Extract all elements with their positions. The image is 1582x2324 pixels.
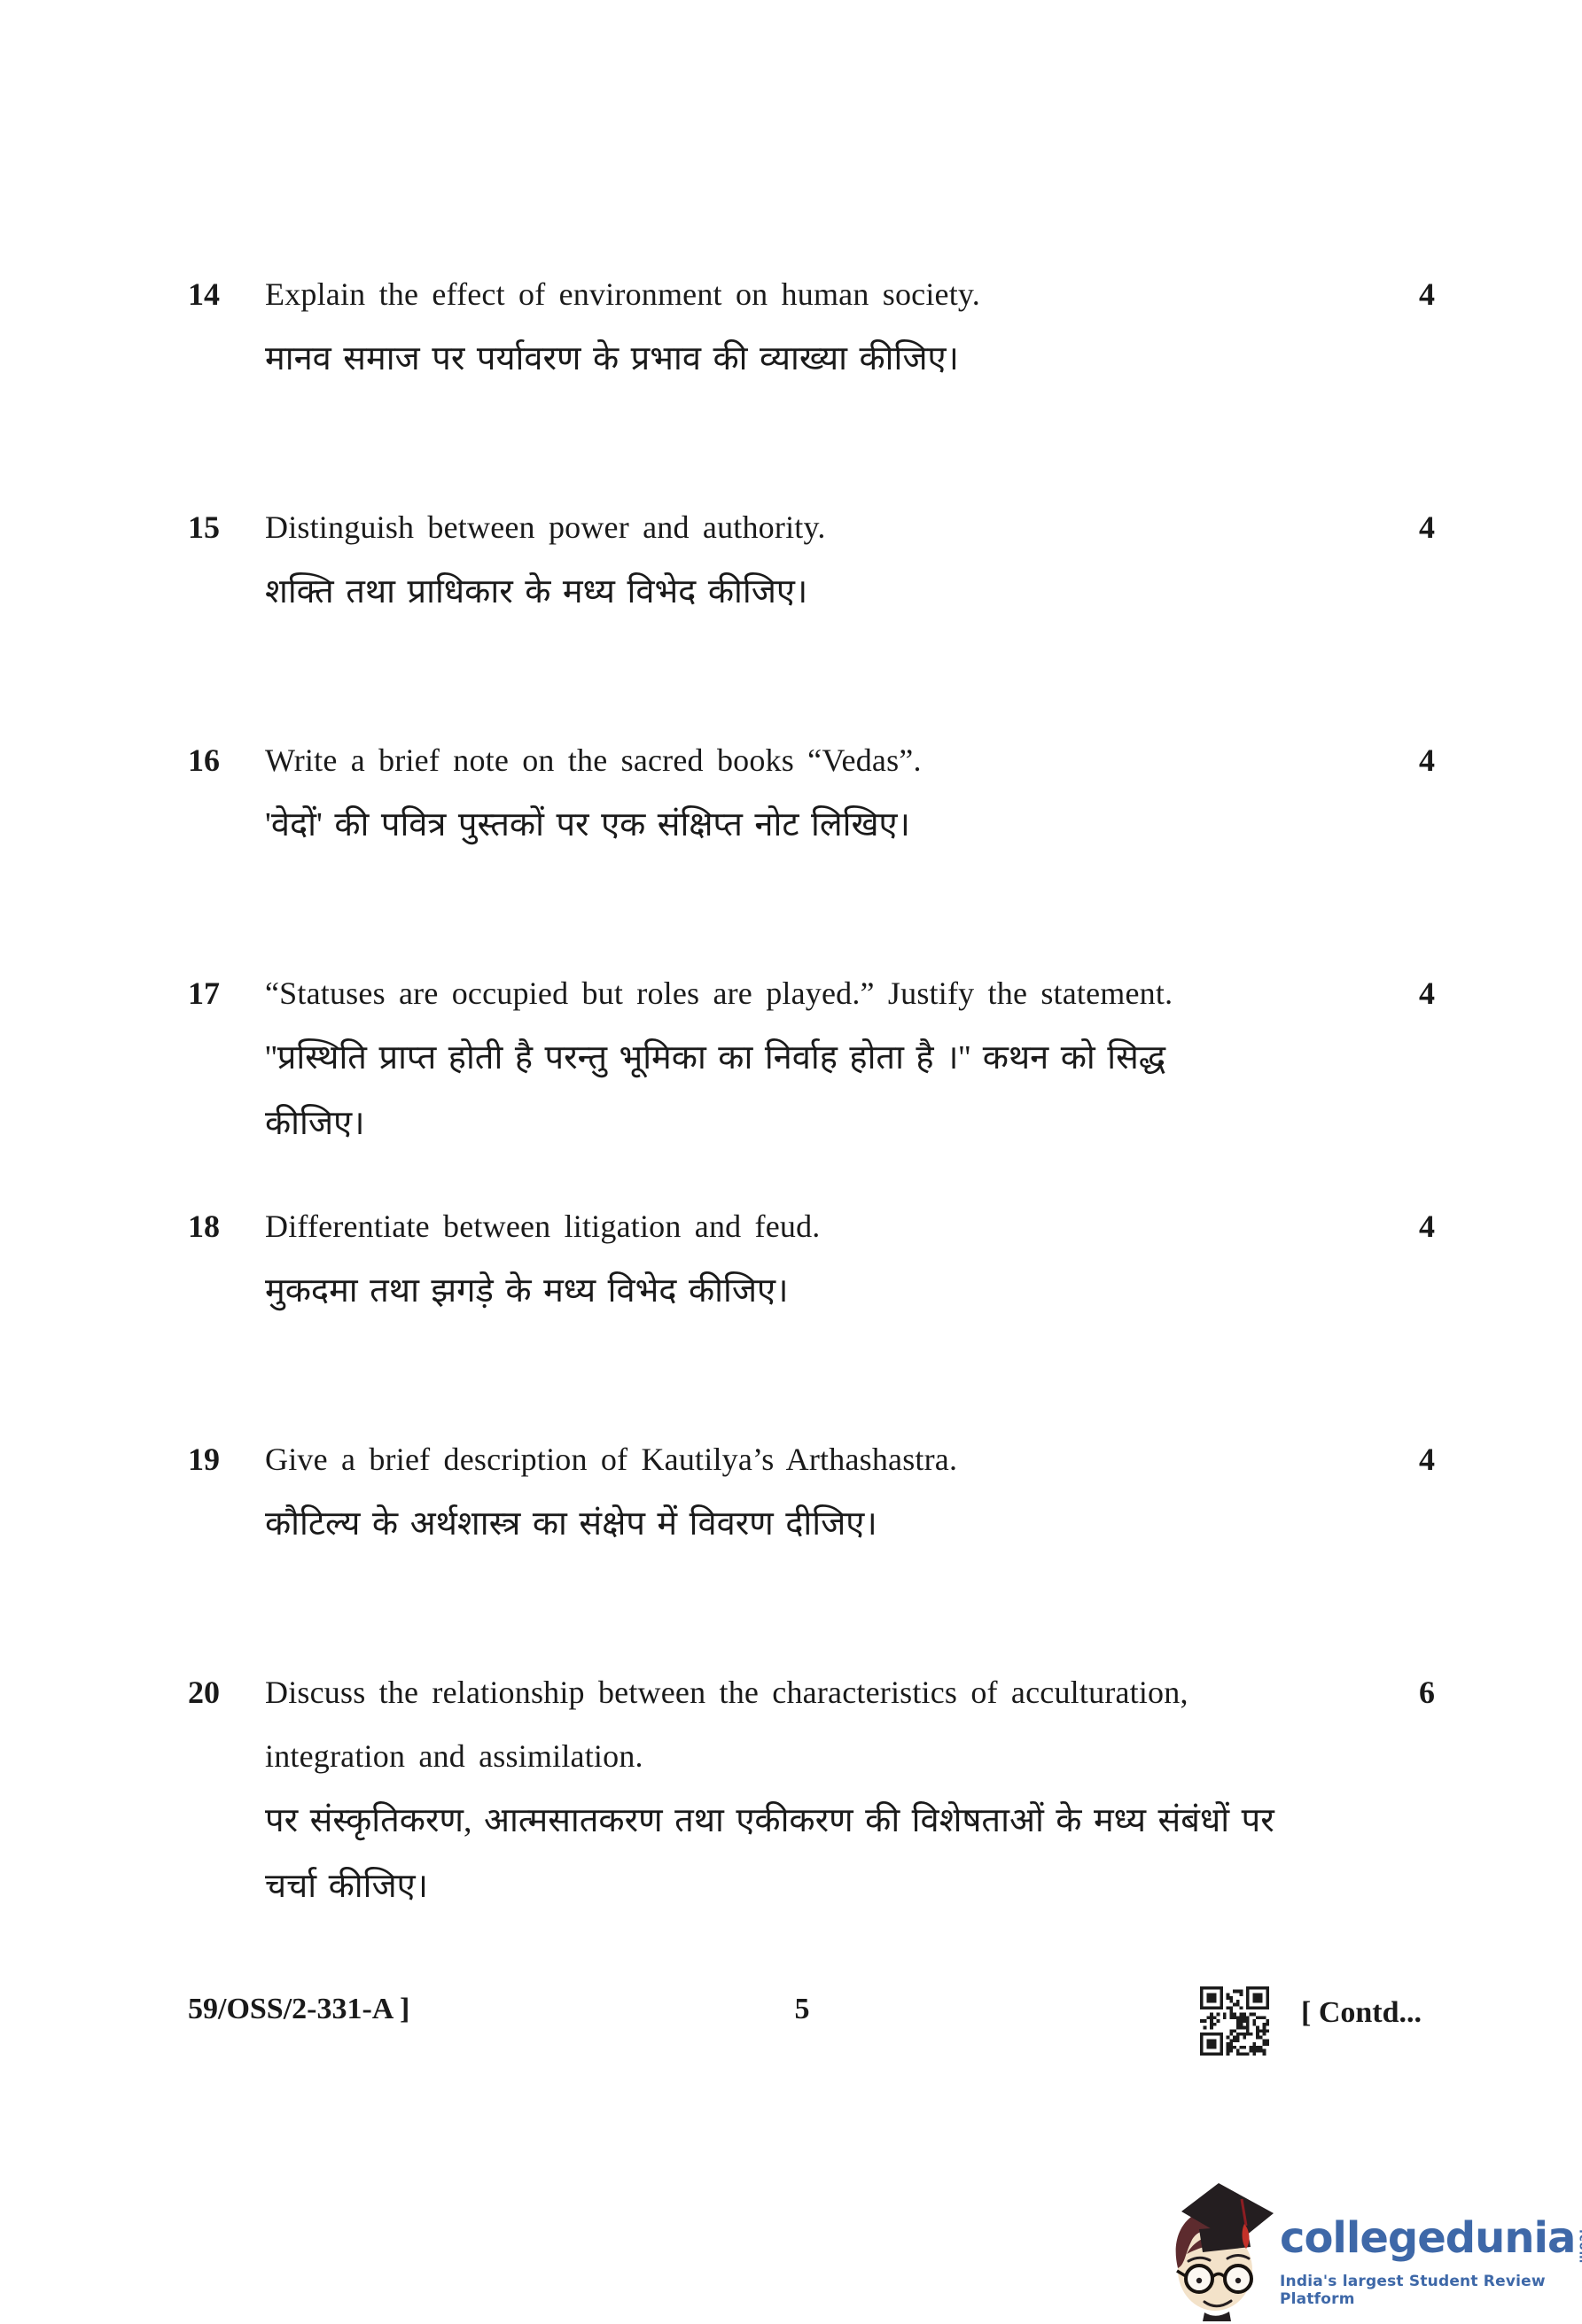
- collegedunia-logo: collegedunia .com India's largest Studen…: [1159, 2180, 1576, 2321]
- question-text-hindi: ''प्रस्थिति प्राप्त होती है परन्तु भूमिक…: [265, 1025, 1275, 1156]
- question-text-english: Discuss the relationship between the cha…: [265, 1660, 1275, 1788]
- question-marks: 4: [1399, 961, 1455, 1025]
- question-text-english: Explain the effect of environment on hum…: [265, 262, 1275, 326]
- brand-tagline: India's largest Student Review Platform: [1280, 2273, 1582, 2308]
- student-mascot-icon: [1159, 2180, 1276, 2321]
- question-text: Write a brief note on the sacred books “…: [265, 728, 1275, 858]
- question-text: Give a brief description of Kautilya’s A…: [265, 1427, 1275, 1557]
- question-text-hindi: पर संस्कृतिकरण, आत्मसातकरण तथा एकीकरण की…: [265, 1788, 1275, 1919]
- question-marks: 6: [1399, 1660, 1455, 1724]
- question-marks: 4: [1399, 262, 1455, 326]
- question-text-hindi: मुकदमा तथा झगड़े के मध्य विभेद कीजिए।: [265, 1258, 1275, 1324]
- question-text-english: Write a brief note on the sacred books “…: [265, 728, 1275, 792]
- question-text-hindi: शक्ति तथा प्राधिकार के मध्य विभेद कीजिए।: [265, 559, 1275, 625]
- brand-tld: .com: [1577, 2229, 1582, 2264]
- question-text: Distinguish between power and authority.…: [265, 495, 1275, 625]
- question-number: 19: [188, 1427, 220, 1491]
- question-text: Differentiate between litigation and feu…: [265, 1194, 1275, 1324]
- question-marks: 4: [1399, 1194, 1455, 1258]
- continued-label: [ Contd...: [1301, 1995, 1422, 2031]
- question-text-english: Differentiate between litigation and feu…: [265, 1194, 1275, 1258]
- question-text-hindi: कौटिल्य के अर्थशास्त्र का संक्षेप में वि…: [265, 1491, 1275, 1557]
- question-list: 14 Explain the effect of environment on …: [0, 0, 1582, 2324]
- question-text-english: Distinguish between power and authority.: [265, 495, 1275, 559]
- question-number: 18: [188, 1194, 220, 1258]
- paper-code: 59/OSS/2-331-A ]: [188, 1992, 409, 2027]
- question-text-hindi: मानव समाज पर पर्यावरण के प्रभाव की व्याख…: [265, 326, 1275, 392]
- question-text-hindi: 'वेदों' की पवित्र पुस्तकों पर एक संक्षिप…: [265, 792, 1275, 858]
- question-marks: 4: [1399, 495, 1455, 559]
- question-text-english: “Statuses are occupied but roles are pla…: [265, 961, 1275, 1025]
- question-number: 17: [188, 961, 220, 1025]
- question-number: 14: [188, 262, 220, 326]
- question-text: Explain the effect of environment on hum…: [265, 262, 1275, 392]
- question-marks: 4: [1399, 1427, 1455, 1491]
- qr-code-icon: [1200, 1986, 1269, 2056]
- question-number: 15: [188, 495, 220, 559]
- question-number: 20: [188, 1660, 220, 1724]
- question-text: Discuss the relationship between the cha…: [265, 1660, 1275, 1919]
- question-marks: 4: [1399, 728, 1455, 792]
- page-number: 5: [762, 1992, 842, 2027]
- question-text-english: Give a brief description of Kautilya’s A…: [265, 1427, 1275, 1491]
- question-text: “Statuses are occupied but roles are pla…: [265, 961, 1275, 1156]
- question-number: 16: [188, 728, 220, 792]
- brand-name: collegedunia: [1280, 2217, 1575, 2259]
